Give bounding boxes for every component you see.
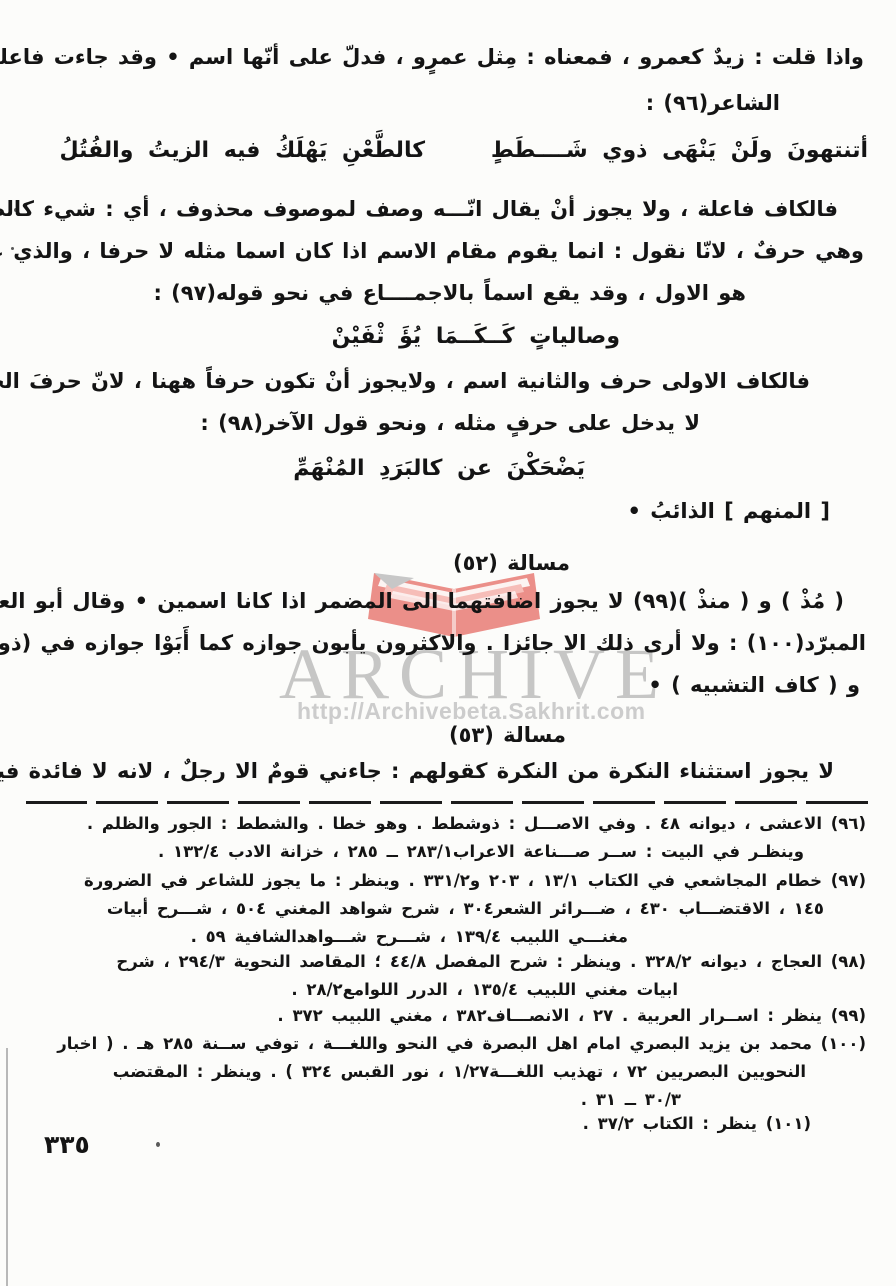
footnote-line: (٩٨) العجاج ، ديوانه ٣٢٨/٢ . وينظر : شرح…: [116, 950, 866, 975]
footnote-divider: [26, 801, 868, 804]
section-heading-52: مسالة (٥٢): [453, 548, 570, 580]
body-line: الشاعر(٩٦) :: [646, 88, 780, 120]
section-heading-53: مسالة (٥٣): [449, 720, 566, 752]
body-line: فالكاف فاعلة ، ولا يجوز أنْ يقال انّـــه…: [0, 194, 838, 226]
footnote-line: (٩٩) ينظر : اســرار العربية . ٢٧ ، الانص…: [277, 1004, 866, 1029]
footnote-line: وينظـر في البيت : ســر صـــناعة الاعراب٢…: [158, 840, 804, 865]
body-line: ( مُذْ ) و ( منذْ )(٩٩) لا يجوز اضافتهما…: [0, 586, 844, 618]
body-line: و ( كاف التشبيه ) •: [648, 670, 860, 702]
body-line: واذا قلت : زيدٌ كعمرو ، فمعناه : مِثل عم…: [0, 42, 864, 74]
footnote-line: ابيات مغني اللبيب ١٣٥/٤ ، الدرر اللوامع٢…: [291, 978, 678, 1003]
body-line: وهي حرفٌ ، لانّا نقول : انما يقوم مقام ا…: [0, 236, 864, 268]
body-line: لا يدخل على حرفٍ مثله ، ونحو قول الآخر(٩…: [200, 408, 700, 440]
footnote-line: (٩٧) خطام المجاشعي في الكتاب ١٣/١ ، ٢٠٣ …: [84, 869, 866, 894]
body-line: هو الاول ، وقد يقع اسماً بالاجمــــاع في…: [153, 278, 746, 310]
verse-right-hemistich: أتنتهونَ ولَنْ يَنْهَى ذوي شَــــطَطٍ: [491, 134, 868, 167]
footnote-line: (١٠١) ينظر : الكتاب ٣٧/٢ .: [583, 1112, 811, 1137]
verse-line: وصالياتٍ كَــكَــمَا يُؤَ ثْفَيْنْ: [332, 320, 620, 353]
footnote-line: (١٠٠) محمد بن يزيد البصري امام اهل البصر…: [57, 1032, 866, 1057]
page-number: ٣٣٥: [44, 1126, 90, 1164]
scan-speck: [156, 1142, 160, 1147]
footnote-line: النحويين البصريين ٧٢ ، تهذيب اللغـــة١/٢…: [113, 1060, 806, 1085]
scanned-book-page: ARCHIVE http://Archivebeta.Sakhrit.com و…: [0, 0, 896, 1286]
body-line: المبرّد(١٠٠) : ولا أرى ذلك الا جائزا . و…: [0, 628, 866, 660]
footnote-line: (٩٦) الاعشى ، ديوانه ٤٨ . وفي الاصـــل :…: [87, 812, 866, 837]
footnote-line: ٣٠/٣ ــ ٣١ .: [581, 1088, 681, 1113]
verse-line: يَضْحَكْنَ عن كالبَرَدِ المُنْهَمِّ: [293, 452, 585, 485]
scan-edge-line: [6, 1048, 8, 1286]
footnote-line: مغنـــي اللبيب ١٣٩/٤ ، شـــرح شـــواهدال…: [191, 925, 628, 950]
body-line: فالكاف الاولى حرف والثانية اسم ، ولايجوز…: [0, 366, 810, 398]
gloss-note: [ المنهم ] الذائبُ •: [628, 496, 830, 528]
verse-left-hemistich: كالطَّعْنِ يَهْلَكُ فيه الزيتُ والفُتُلُ: [59, 134, 425, 167]
body-line: لا يجوز استثناء النكرة من النكرة كقولهم …: [0, 756, 834, 788]
footnote-line: ١٤٥ ، الاقتضـــاب ٤٣٠ ، ضـــرائر الشعر٣٠…: [107, 897, 824, 922]
